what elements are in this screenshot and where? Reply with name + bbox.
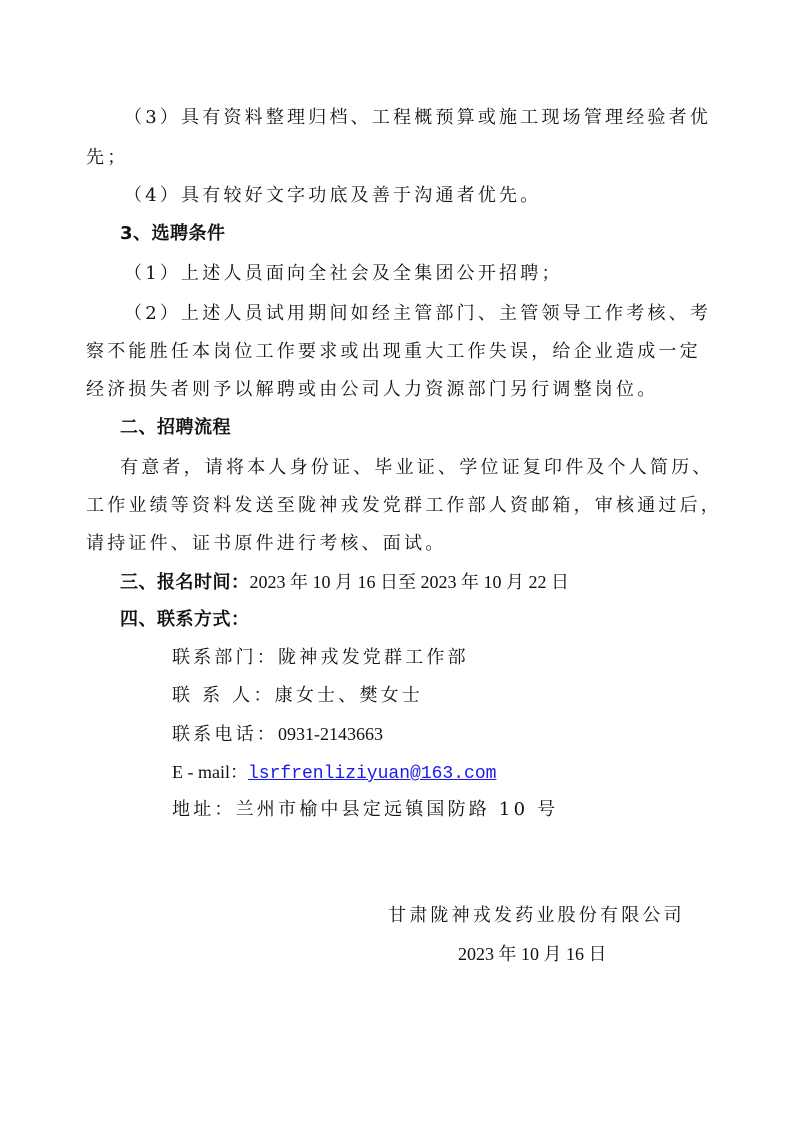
registration-time-value: 2023 年 10 月 16 日至 2023 年 10 月 22 日: [250, 572, 570, 592]
process-line3: 请持证件、证书原件进行考核、面试。: [86, 532, 446, 556]
condition-2-line3: 经济损失者则予以解聘或由公司人力资源部门另行调整岗位。: [86, 378, 658, 402]
requirement-4: （4）具有较好文字功底及善于沟通者优先。: [124, 184, 541, 208]
section-heading-selection-conditions: 3、选聘条件: [120, 222, 226, 246]
contact-person-label: 联 系 人：: [172, 685, 275, 706]
contact-person-row: 联 系 人：康女士、樊女士: [172, 684, 423, 708]
section-heading-registration-time: 三、报名时间：: [120, 572, 250, 593]
contact-address-row: 地址：兰州市榆中县定远镇国防路 10 号: [172, 798, 558, 822]
condition-1: （1）上述人员面向全社会及全集团公开招聘；: [124, 262, 563, 286]
contact-email-row: E - mail：lsrfrenliziyuan@163.com: [172, 760, 496, 786]
contact-phone-label: 联系电话：: [172, 724, 278, 745]
signature-date: 2023 年 10 月 16 日: [458, 942, 607, 966]
contact-department-label: 联系部门：: [172, 647, 278, 668]
requirement-3-line2: 先；: [86, 146, 128, 170]
contact-address-label: 地址：: [172, 799, 236, 820]
requirement-3-line1: （3）具有资料整理归档、工程概预算或施工现场管理经验者优: [124, 106, 711, 130]
contact-person-value: 康女士、樊女士: [275, 685, 423, 706]
registration-time-row: 三、报名时间：2023 年 10 月 16 日至 2023 年 10 月 22 …: [120, 570, 569, 595]
contact-phone-value: 0931-2143663: [278, 724, 383, 744]
condition-2-line2: 察不能胜任本岗位工作要求或出现重大工作失误，给企业造成一定: [86, 340, 701, 364]
contact-email-link[interactable]: lsrfrenliziyuan@163.com: [248, 764, 496, 784]
process-line2: 工作业绩等资料发送至陇神戎发党群工作部人资邮箱，审核通过后，: [86, 494, 722, 518]
contact-address-value: 兰州市榆中县定远镇国防路 10 号: [236, 799, 559, 820]
signature-company: 甘肃陇神戎发药业股份有限公司: [388, 904, 685, 928]
contact-phone-row: 联系电话：0931-2143663: [172, 722, 383, 747]
process-line1: 有意者，请将本人身份证、毕业证、学位证复印件及个人简历、: [120, 456, 714, 480]
contact-department-row: 联系部门：陇神戎发党群工作部: [172, 646, 469, 670]
contact-department-value: 陇神戎发党群工作部: [278, 647, 469, 668]
section-heading-recruitment-process: 二、招聘流程: [120, 416, 231, 440]
contact-email-label: E - mail：: [172, 762, 248, 782]
section-heading-contact: 四、联系方式：: [120, 608, 250, 632]
condition-2-line1: （2）上述人员试用期间如经主管部门、主管领导工作考核、考: [124, 302, 711, 326]
